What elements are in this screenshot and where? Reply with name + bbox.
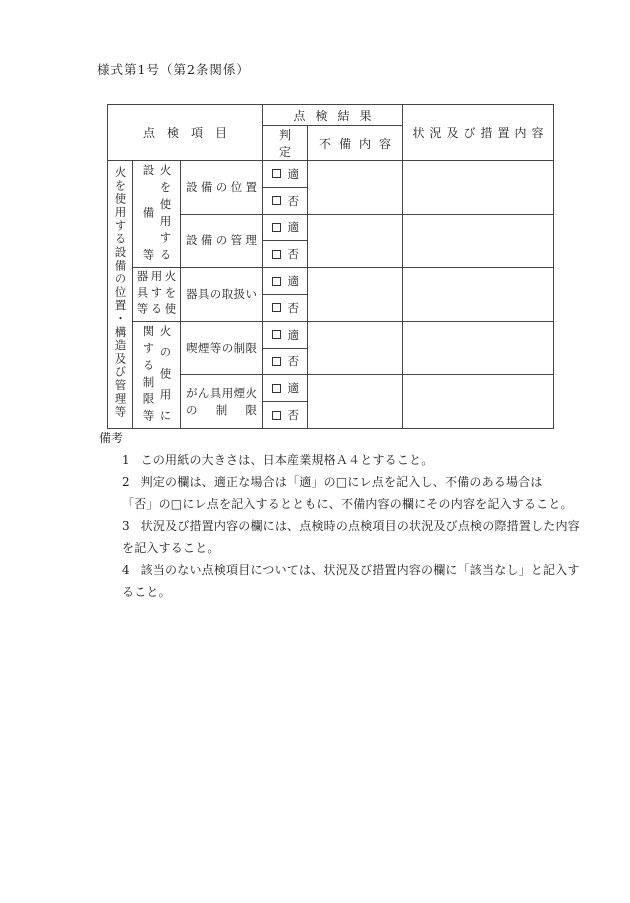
judgment-option-fail[interactable]: 否 — [263, 246, 307, 262]
subgroup-appliances-label: 火を使 用する 器具等 — [136, 270, 178, 314]
judgment-cell: 否 — [263, 294, 308, 321]
status-field[interactable] — [403, 268, 554, 322]
judgment-pass-label: 適 — [288, 219, 300, 235]
judgment-pass-label: 適 — [288, 166, 300, 182]
subgroup-restrictions-label: 火の使用に 関する制限等 — [140, 325, 174, 421]
judgment-cell: 適 — [263, 268, 308, 295]
remark-text: 状況及び措置内容の欄には、点検時の点検項目の状況及び点検の際措置した内容 を記入… — [122, 519, 580, 555]
remark-item-4: 4該当のない点検項目については、状況及び措置内容の欄に「該当なし」と記入す るこ… — [122, 559, 581, 603]
judgment-option-pass[interactable]: 適 — [263, 273, 307, 289]
status-field[interactable] — [403, 161, 554, 215]
checkbox-icon[interactable] — [272, 196, 281, 205]
judgment-option-fail[interactable]: 否 — [263, 407, 307, 423]
checkbox-icon[interactable] — [272, 330, 281, 339]
checkbox-icon[interactable] — [272, 384, 281, 393]
checkbox-icon[interactable] — [272, 250, 281, 259]
item-equipment-position: 設備の位置 — [181, 161, 263, 215]
status-field[interactable] — [403, 321, 554, 375]
remark-item-2: 2判定の欄は、適正な場合は「適」の□にレ点を記入し、不備のある場合は 「否」の□… — [122, 471, 581, 515]
header-inspection-result: 点検結果 — [263, 105, 403, 126]
deficiency-field[interactable] — [308, 375, 403, 429]
remark-number: 4 — [122, 563, 130, 577]
item-appliance-handling: 器具の取扱い — [181, 268, 263, 322]
category-cell: 火を使用する設備の位置・構造及び管理等 — [108, 161, 133, 429]
judgment-cell: 適 — [263, 321, 308, 348]
header-deficiency: 不備内容 — [308, 126, 403, 161]
deficiency-field[interactable] — [308, 321, 403, 375]
document-page: 様式第1号（第2条関係） 点検項目 点検結果 状況及び措置内容 判定 不備内容 … — [0, 0, 630, 903]
item-smoking-restriction: 喫煙等の制限 — [181, 321, 263, 375]
remarks-section: 備考 1この用紙の大きさは、日本産業規格Ａ４とすること。 2判定の欄は、適正な場… — [99, 427, 581, 603]
judgment-cell: 適 — [263, 375, 308, 402]
item-toy-fireworks-restriction: がん具用煙火の制限 — [181, 375, 263, 429]
judgment-pass-label: 適 — [288, 327, 300, 343]
judgment-fail-label: 否 — [288, 300, 300, 316]
judgment-fail-label: 否 — [288, 193, 300, 209]
judgment-option-pass[interactable]: 適 — [263, 219, 307, 235]
judgment-option-pass[interactable]: 適 — [263, 166, 307, 182]
judgment-option-pass[interactable]: 適 — [263, 380, 307, 396]
remark-text: この用紙の大きさは、日本産業規格Ａ４とすること。 — [141, 453, 434, 467]
header-inspection-item: 点検項目 — [108, 105, 263, 161]
judgment-fail-label: 否 — [288, 407, 300, 423]
remark-item-3: 3状況及び措置内容の欄には、点検時の点検項目の状況及び点検の際措置した内容 を記… — [122, 515, 581, 559]
judgment-cell: 適 — [263, 161, 308, 188]
item-equipment-management: 設備の管理 — [181, 214, 263, 268]
remark-number: 1 — [122, 453, 130, 467]
checkbox-icon[interactable] — [272, 277, 281, 286]
judgment-cell: 否 — [263, 348, 308, 375]
remark-item-1: 1この用紙の大きさは、日本産業規格Ａ４とすること。 — [122, 449, 581, 471]
category-label: 火を使用する設備の位置・構造及び管理等 — [109, 166, 132, 418]
judgment-fail-label: 否 — [288, 246, 300, 262]
checkbox-icon[interactable] — [272, 169, 281, 178]
subgroup-equipment-cell: 火を使用する 設備等 — [133, 161, 181, 268]
judgment-cell: 否 — [263, 187, 308, 214]
page-title: 様式第1号（第2条関係） — [97, 60, 250, 78]
judgment-option-fail[interactable]: 否 — [263, 193, 307, 209]
judgment-option-fail[interactable]: 否 — [263, 300, 307, 316]
subgroup-restrictions-cell: 火の使用に 関する制限等 — [133, 321, 181, 428]
remark-number: 2 — [122, 475, 130, 489]
checkbox-icon[interactable] — [272, 303, 281, 312]
deficiency-field[interactable] — [308, 214, 403, 268]
deficiency-field[interactable] — [308, 268, 403, 322]
subgroup-equipment-label: 火を使用する 設備等 — [140, 164, 174, 260]
judgment-cell: 否 — [263, 402, 308, 429]
judgment-option-pass[interactable]: 適 — [263, 327, 307, 343]
judgment-cell: 適 — [263, 214, 308, 241]
header-judgment: 判定 — [263, 126, 308, 161]
remark-number: 3 — [122, 519, 130, 533]
judgment-fail-label: 否 — [288, 353, 300, 369]
checkbox-icon[interactable] — [272, 411, 281, 420]
subgroup-appliances-cell: 火を使 用する 器具等 — [133, 268, 181, 322]
remark-text: 該当のない点検項目については、状況及び措置内容の欄に「該当なし」と記入す ること… — [122, 563, 580, 599]
deficiency-field[interactable] — [308, 161, 403, 215]
header-status-measures: 状況及び措置内容 — [403, 105, 554, 161]
remark-text: 判定の欄は、適正な場合は「適」の□にレ点を記入し、不備のある場合は 「否」の□に… — [122, 475, 573, 511]
judgment-option-fail[interactable]: 否 — [263, 353, 307, 369]
status-field[interactable] — [403, 214, 554, 268]
status-field[interactable] — [403, 375, 554, 429]
judgment-pass-label: 適 — [288, 273, 300, 289]
checkbox-icon[interactable] — [272, 223, 281, 232]
remarks-heading: 備考 — [99, 427, 581, 449]
checkbox-icon[interactable] — [272, 357, 281, 366]
inspection-table: 点検項目 点検結果 状況及び措置内容 判定 不備内容 火を使用する設備の位置・構… — [107, 104, 554, 429]
judgment-cell: 否 — [263, 241, 308, 268]
judgment-pass-label: 適 — [288, 380, 300, 396]
